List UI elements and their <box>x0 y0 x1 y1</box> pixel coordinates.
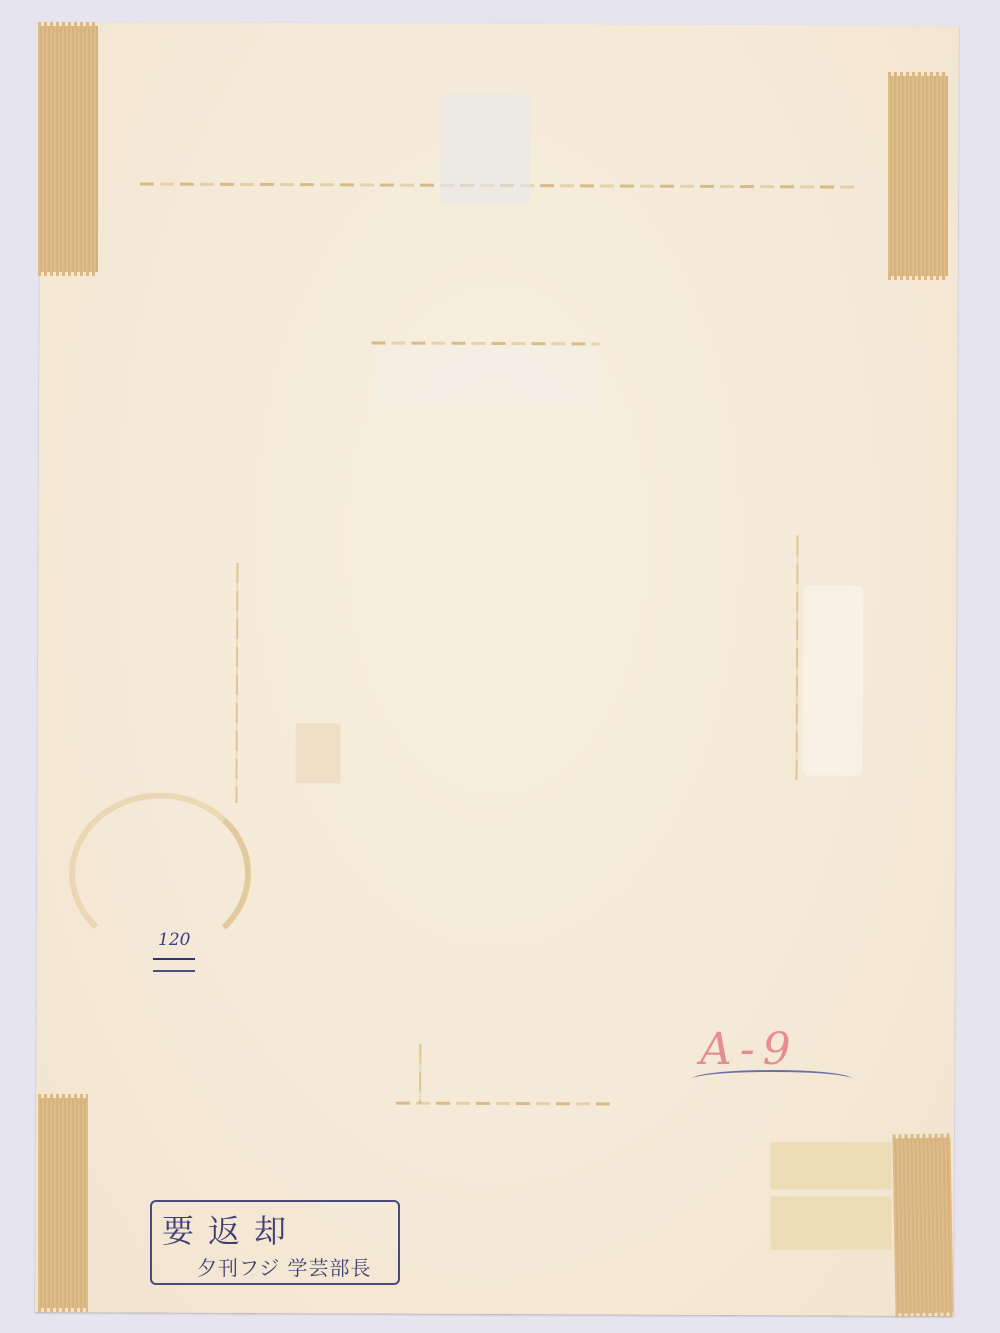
label-slot-upper <box>770 1142 892 1190</box>
adhesive-residue-bottom <box>396 1102 616 1106</box>
masking-tape-bottom-right <box>892 1138 953 1314</box>
faint-square-stain <box>296 723 341 783</box>
handwritten-number: 120 <box>158 930 190 950</box>
stamp-line-department: 夕刊フジ 学芸部長 <box>197 1252 372 1281</box>
torn-paper-patch <box>440 94 530 204</box>
stamp-line-return-required: 要返却 <box>162 1206 300 1252</box>
adhesive-residue-bottom-vertical <box>419 1044 421 1104</box>
masking-tape-top-right <box>888 76 948 276</box>
masking-tape-bottom-left <box>38 1098 88 1308</box>
label-slot-lower <box>770 1196 892 1250</box>
adhesive-residue-left-vertical <box>235 563 238 803</box>
adhesive-residue-right-vertical <box>796 535 799 780</box>
torn-paper-patch-middle <box>373 345 599 406</box>
blue-pen-stroke <box>692 1070 852 1088</box>
return-request-stamp: 要返却 夕刊フジ 学芸部長 <box>150 1200 400 1285</box>
torn-paper-patch-right <box>803 585 864 775</box>
red-pencil-text: A-9 <box>700 1024 799 1075</box>
handwritten-double-underline <box>153 958 195 972</box>
artwork-card-back <box>35 22 959 1316</box>
masking-tape-top-left <box>38 26 98 272</box>
